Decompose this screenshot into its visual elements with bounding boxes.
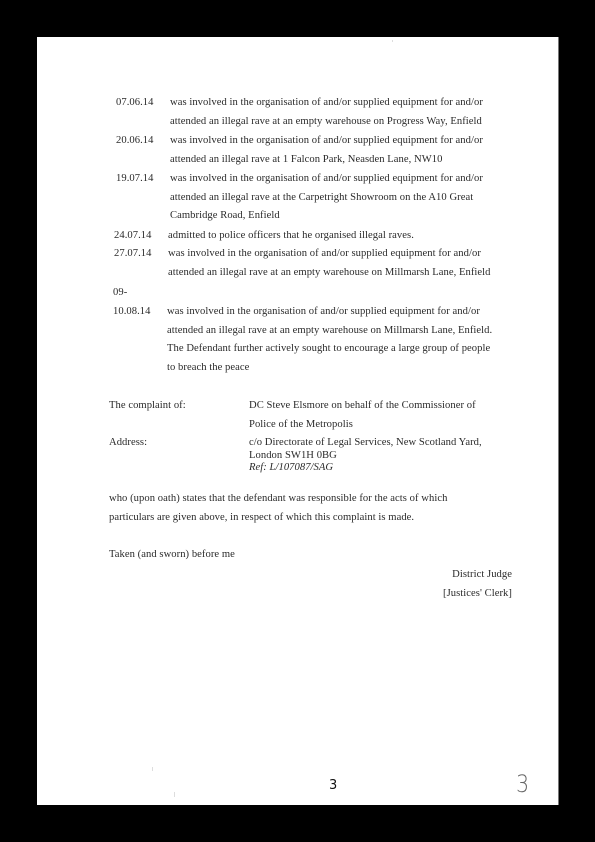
entry-text: was involved in the organisation of and/… <box>168 248 481 259</box>
entry-text: The Defendant further actively sought to… <box>167 343 490 354</box>
entry-text: was involved in the organisation of and/… <box>170 173 483 184</box>
address-line: London SW1H 0BG <box>249 450 337 461</box>
scan-speck <box>152 767 153 771</box>
scan-speck <box>392 40 393 42</box>
signature-alt-title: [Justices' Clerk] <box>443 588 512 599</box>
entry-text: attended an illegal rave at 1 Falcon Par… <box>170 154 443 165</box>
entry-text: attended an illegal rave at the Carpetri… <box>170 192 473 203</box>
address-line: c/o Directorate of Legal Services, New S… <box>249 437 482 448</box>
entry-text: attended an illegal rave at an empty war… <box>167 325 492 336</box>
entry-date: 19.07.14 <box>116 173 153 184</box>
entry-text: was involved in the organisation of and/… <box>170 135 483 146</box>
complaint-label: The complaint of: <box>109 400 186 411</box>
complaint-value: DC Steve Elsmore on behalf of the Commis… <box>249 400 476 411</box>
entry-date: 20.06.14 <box>116 135 153 146</box>
page-number: 3 <box>329 778 337 793</box>
statement-text: particulars are given above, in respect … <box>109 512 414 523</box>
taken-before-text: Taken (and sworn) before me <box>109 549 235 560</box>
complaint-value: Police of the Metropolis <box>249 419 353 430</box>
handwritten-page-number: 3 <box>516 770 529 798</box>
scan-speck <box>174 792 175 797</box>
entry-text: to breach the peace <box>167 362 249 373</box>
entry-date: 24.07.14 <box>114 230 151 241</box>
entry-text: attended an illegal rave at an empty war… <box>168 267 491 278</box>
statement-text: who (upon oath) states that the defendan… <box>109 493 447 504</box>
entry-text: was involved in the organisation of and/… <box>170 97 483 108</box>
entry-text: Cambridge Road, Enfield <box>170 210 280 221</box>
reference-number: Ref: L/107087/SAG <box>249 462 333 473</box>
entry-text: attended an illegal rave at an empty war… <box>170 116 482 127</box>
entry-text: admitted to police officers that he orga… <box>168 230 414 241</box>
entry-text: was involved in the organisation of and/… <box>167 306 480 317</box>
document-page: 07.06.14 was involved in the organisatio… <box>37 37 559 805</box>
address-label: Address: <box>109 437 147 448</box>
entry-date: 10.08.14 <box>113 306 150 317</box>
entry-date: 27.07.14 <box>114 248 151 259</box>
signature-title: District Judge <box>452 569 512 580</box>
entry-date: 07.06.14 <box>116 97 153 108</box>
entry-date-start: 09- <box>113 287 127 298</box>
